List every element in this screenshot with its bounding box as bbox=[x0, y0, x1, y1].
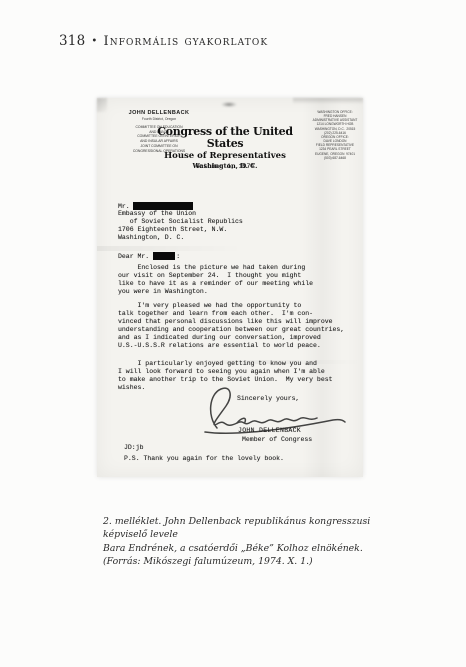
scanned-letter-image: JOHN DELLENBACK Fourth District, Oregon … bbox=[97, 98, 363, 477]
figure-caption: 2. melléklet. John Dellenback republikán… bbox=[103, 515, 413, 569]
salutation-line: Dear Mr.: bbox=[118, 252, 243, 261]
page-number: 318 bbox=[59, 33, 85, 49]
ink-smudge bbox=[221, 102, 237, 107]
scan-edge-shadow bbox=[293, 98, 363, 104]
body-paragraph-2: I'm very pleased we had the opportunity … bbox=[118, 302, 344, 350]
header-separator-dot: • bbox=[91, 36, 97, 47]
body-paragraph-1: Enclosed is the picture we had taken dur… bbox=[118, 264, 313, 296]
caption-line-1: 2. melléklet. John Dellenback republikán… bbox=[103, 515, 413, 542]
letterhead-member-district: Fourth District, Oregon bbox=[109, 117, 209, 121]
reference-initials: JD:jb bbox=[124, 444, 144, 452]
signature-title: Member of Congress bbox=[242, 436, 312, 444]
letterhead-house-line: House of Representatives bbox=[150, 151, 300, 161]
postscript-line: P.S. Thank you again for the lovely book… bbox=[124, 455, 284, 463]
recipient-name-line: Mr. bbox=[118, 202, 243, 210]
running-head: 318•Informális gyakorlatok bbox=[59, 33, 268, 49]
letterhead-member-name: JOHN DELLENBACK bbox=[109, 110, 209, 116]
salutation-colon: : bbox=[176, 253, 180, 260]
recipient-prefix: Mr. bbox=[118, 203, 130, 210]
signature-typed-name: JOHN DELLENBACK bbox=[238, 427, 301, 435]
caption-line-3: (Forrás: Mikószegi falumúzeum, 1974. X. … bbox=[103, 555, 413, 568]
caption-line-2: Bara Endrének, a csatóerdői „Béke” Kolho… bbox=[103, 542, 413, 555]
redaction-bar bbox=[133, 202, 193, 210]
running-head-title: Informális gyakorlatok bbox=[103, 34, 268, 49]
scan-edge-shadow bbox=[97, 98, 107, 112]
recipient-address-block: Mr. Embassy of the Union of Soviet Socia… bbox=[118, 202, 243, 261]
letterhead-congress-line: Congress of the United States bbox=[150, 126, 300, 150]
salutation-prefix: Dear Mr. bbox=[118, 253, 149, 260]
letter-date: October 1, 1974 bbox=[175, 163, 275, 171]
redaction-bar bbox=[153, 252, 175, 260]
letterhead-offices-block: WASHINGTON OFFICE: FRED HANSEN ADMINISTR… bbox=[311, 110, 359, 160]
recipient-address-lines: Embassy of the Union of Soviet Socialist… bbox=[118, 210, 243, 242]
